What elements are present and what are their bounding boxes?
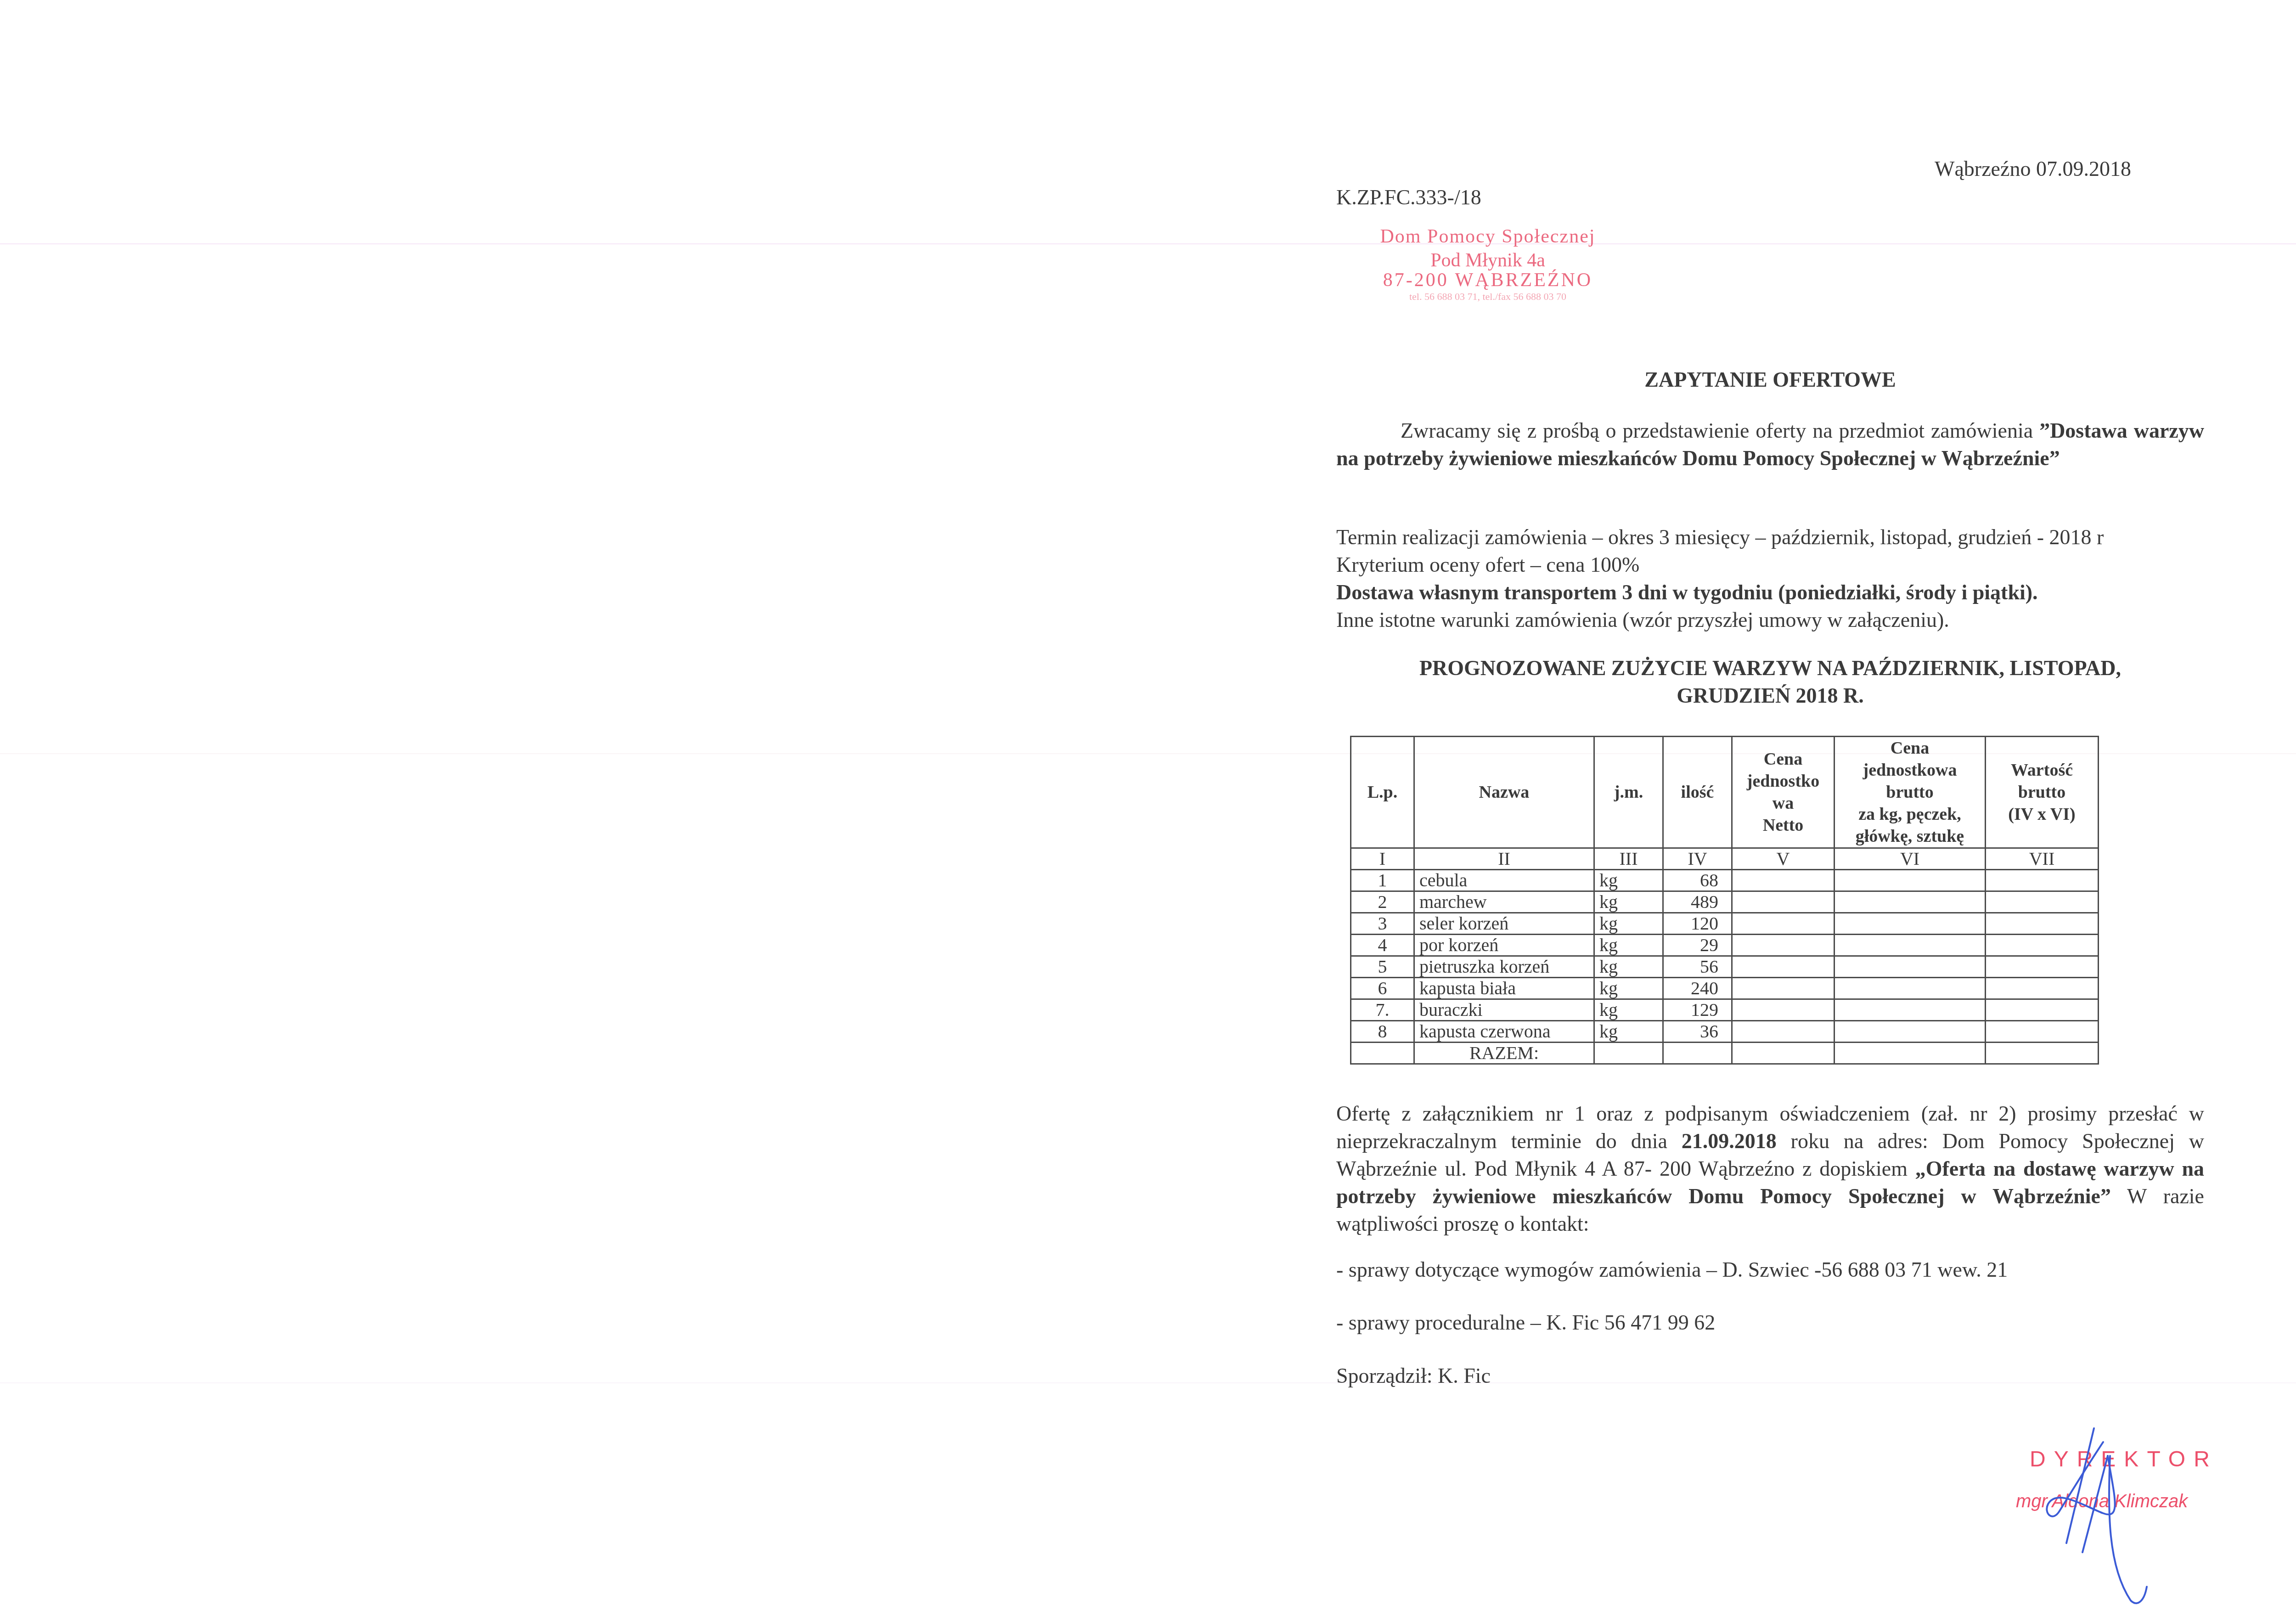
total-cell bbox=[1594, 1043, 1663, 1064]
institution-stamp: Dom Pomocy Społecznej Pod Młynik 4a 87-2… bbox=[1359, 225, 1616, 303]
column-header-line: jednostko bbox=[1737, 770, 1829, 792]
column-header-line: (IV x VI) bbox=[1991, 803, 2093, 825]
cell-gross-value bbox=[1986, 1021, 2099, 1043]
total-label: RAZEM: bbox=[1414, 1043, 1594, 1064]
place-and-date: Wąbrzeźno 07.09.2018 bbox=[1935, 155, 2131, 183]
intro-paragraph: Zwracamy się z prośbą o przedstawienie o… bbox=[1336, 417, 2204, 472]
term-line: Dostawa własnym transportem 3 dni w tygo… bbox=[1336, 579, 2204, 606]
cell-qty: 129 bbox=[1663, 999, 1732, 1021]
cell-net-price bbox=[1732, 935, 1835, 956]
stamp-line-name: Dom Pomocy Społecznej bbox=[1359, 225, 1616, 248]
cell-qty: 29 bbox=[1663, 935, 1732, 956]
column-header-line: za kg, pęczek, bbox=[1840, 803, 1980, 825]
cell-name: buraczki bbox=[1414, 999, 1594, 1021]
document-title: ZAPYTANIE OFERTOWE bbox=[1336, 367, 2204, 392]
column-header-line: jednostkowa bbox=[1840, 759, 1980, 781]
table-row: 4por korzeńkg29 bbox=[1351, 935, 2099, 956]
table-row: 7.buraczkikg129 bbox=[1351, 999, 2099, 1021]
column-header: L.p. bbox=[1351, 737, 1414, 848]
cell-name: kapusta biała bbox=[1414, 978, 1594, 999]
term-line: Kryterium oceny ofert – cena 100% bbox=[1336, 551, 2204, 579]
table-title: PROGNOZOWANE ZUŻYCIE WARZYW NA PAŹDZIERN… bbox=[1336, 654, 2204, 710]
cell-lp: 5 bbox=[1351, 956, 1414, 978]
column-header-line: j.m. bbox=[1599, 781, 1658, 803]
column-number: VII bbox=[1986, 848, 2099, 870]
table-title-line-1: PROGNOZOWANE ZUŻYCIE WARZYW NA PAŹDZIERN… bbox=[1336, 654, 2204, 682]
cell-gross-value bbox=[1986, 913, 2099, 935]
cell-unit: kg bbox=[1594, 956, 1663, 978]
contact-requirements: - sprawy dotyczące wymogów zamówienia – … bbox=[1336, 1256, 2008, 1284]
cell-net-price bbox=[1732, 978, 1835, 999]
cell-gross-price bbox=[1835, 1021, 1986, 1043]
cell-name: kapusta czerwona bbox=[1414, 1021, 1594, 1043]
cell-net-price bbox=[1732, 1021, 1835, 1043]
cell-net-price bbox=[1732, 956, 1835, 978]
column-header-line: brutto bbox=[1991, 781, 2093, 803]
table-row: 3seler korzeńkg120 bbox=[1351, 913, 2099, 935]
total-cell bbox=[1351, 1043, 1414, 1064]
column-header-line: główkę, sztukę bbox=[1840, 825, 1980, 847]
total-row: RAZEM: bbox=[1351, 1043, 2099, 1064]
column-header-line: ilość bbox=[1668, 781, 1727, 803]
total-cell bbox=[1986, 1043, 2099, 1064]
cell-lp: 2 bbox=[1351, 891, 1414, 913]
cell-gross-price bbox=[1835, 999, 1986, 1021]
handwritten-signature-icon bbox=[2039, 1419, 2158, 1612]
total-cell bbox=[1663, 1043, 1732, 1064]
cell-lp: 7. bbox=[1351, 999, 1414, 1021]
cell-gross-value bbox=[1986, 978, 2099, 999]
cell-lp: 8 bbox=[1351, 1021, 1414, 1043]
cell-lp: 6 bbox=[1351, 978, 1414, 999]
cell-unit: kg bbox=[1594, 978, 1663, 999]
cell-qty: 120 bbox=[1663, 913, 1732, 935]
table-row: 1cebulakg68 bbox=[1351, 870, 2099, 891]
cell-name: marchew bbox=[1414, 891, 1594, 913]
total-cell bbox=[1732, 1043, 1835, 1064]
order-terms: Termin realizacji zamówienia – okres 3 m… bbox=[1336, 524, 2204, 634]
cell-gross-value bbox=[1986, 999, 2099, 1021]
scan-artifact bbox=[0, 243, 2296, 244]
cell-unit: kg bbox=[1594, 870, 1663, 891]
cell-lp: 3 bbox=[1351, 913, 1414, 935]
cell-gross-price bbox=[1835, 978, 1986, 999]
cell-gross-price bbox=[1835, 891, 1986, 913]
vegetable-consumption-table: L.p.Nazwaj.m.ilośćCenajednostkowaNettoCe… bbox=[1350, 736, 2099, 1065]
column-header: j.m. bbox=[1594, 737, 1663, 848]
submission-paragraph: Ofertę z załącznikiem nr 1 oraz z podpis… bbox=[1336, 1100, 2204, 1238]
column-number: IV bbox=[1663, 848, 1732, 870]
column-number-row: IIIIIIIVVVIVII bbox=[1351, 848, 2099, 870]
intro-text: Zwracamy się z prośbą o przedstawienie o… bbox=[1401, 419, 2033, 442]
cell-qty: 240 bbox=[1663, 978, 1732, 999]
cell-unit: kg bbox=[1594, 1021, 1663, 1043]
cell-unit: kg bbox=[1594, 891, 1663, 913]
table-row: 5pietruszka korzeńkg56 bbox=[1351, 956, 2099, 978]
column-header: CenajednostkowaNetto bbox=[1732, 737, 1835, 848]
cell-qty: 36 bbox=[1663, 1021, 1732, 1043]
cell-gross-value bbox=[1986, 956, 2099, 978]
cell-qty: 68 bbox=[1663, 870, 1732, 891]
table-title-line-2: GRUDZIEŃ 2018 R. bbox=[1336, 682, 2204, 710]
cell-gross-value bbox=[1986, 935, 2099, 956]
column-header-line: Wartość bbox=[1991, 759, 2093, 781]
cell-gross-value bbox=[1986, 891, 2099, 913]
column-header-line: Cena bbox=[1840, 737, 1980, 759]
column-header-line: brutto bbox=[1840, 781, 1980, 803]
column-number: I bbox=[1351, 848, 1414, 870]
column-header: Cenajednostkowabruttoza kg, pęczek,główk… bbox=[1835, 737, 1986, 848]
stamp-line-phone: tel. 56 688 03 71, tel./fax 56 688 03 70 bbox=[1359, 290, 1616, 303]
cell-unit: kg bbox=[1594, 913, 1663, 935]
term-line: Termin realizacji zamówienia – okres 3 m… bbox=[1336, 524, 2204, 551]
cell-lp: 1 bbox=[1351, 870, 1414, 891]
cell-gross-price bbox=[1835, 913, 1986, 935]
cell-net-price bbox=[1732, 999, 1835, 1021]
reference-number: K.ZP.FC.333-/18 bbox=[1336, 184, 1481, 211]
cell-qty: 56 bbox=[1663, 956, 1732, 978]
cell-name: por korzeń bbox=[1414, 935, 1594, 956]
column-number: II bbox=[1414, 848, 1594, 870]
submission-deadline: 21.09.2018 bbox=[1682, 1129, 1777, 1153]
cell-net-price bbox=[1732, 913, 1835, 935]
column-header: Wartośćbrutto(IV x VI) bbox=[1986, 737, 2099, 848]
column-number: VI bbox=[1835, 848, 1986, 870]
column-number: III bbox=[1594, 848, 1663, 870]
cell-net-price bbox=[1732, 870, 1835, 891]
cell-name: cebula bbox=[1414, 870, 1594, 891]
column-header-line: L.p. bbox=[1356, 781, 1409, 803]
prepared-by: Sporządził: K. Fic bbox=[1336, 1362, 1491, 1390]
cell-gross-price bbox=[1835, 935, 1986, 956]
cell-unit: kg bbox=[1594, 935, 1663, 956]
cell-lp: 4 bbox=[1351, 935, 1414, 956]
stamp-line-city: 87-200 WĄBRZEŹNO bbox=[1359, 270, 1616, 290]
cell-net-price bbox=[1732, 891, 1835, 913]
cell-unit: kg bbox=[1594, 999, 1663, 1021]
table-row: 6kapusta białakg240 bbox=[1351, 978, 2099, 999]
cell-qty: 489 bbox=[1663, 891, 1732, 913]
cell-name: pietruszka korzeń bbox=[1414, 956, 1594, 978]
term-line: Inne istotne warunki zamówienia (wzór pr… bbox=[1336, 606, 2204, 634]
column-header-line: Netto bbox=[1737, 814, 1829, 836]
column-header-line: Cena bbox=[1737, 748, 1829, 770]
table-header-row: L.p.Nazwaj.m.ilośćCenajednostkowaNettoCe… bbox=[1351, 737, 2099, 848]
cell-gross-price bbox=[1835, 870, 1986, 891]
table-row: 2marchewkg489 bbox=[1351, 891, 2099, 913]
table-row: 8kapusta czerwonakg36 bbox=[1351, 1021, 2099, 1043]
contact-procedural: - sprawy proceduralne – K. Fic 56 471 99… bbox=[1336, 1309, 1715, 1336]
cell-gross-value bbox=[1986, 870, 2099, 891]
column-number: V bbox=[1732, 848, 1835, 870]
column-header-line: Nazwa bbox=[1419, 781, 1589, 803]
scan-artifact bbox=[0, 1382, 2296, 1383]
column-header: Nazwa bbox=[1414, 737, 1594, 848]
column-header-line: wa bbox=[1737, 792, 1829, 814]
stamp-line-street: Pod Młynik 4a bbox=[1359, 251, 1616, 270]
cell-gross-price bbox=[1835, 956, 1986, 978]
cell-name: seler korzeń bbox=[1414, 913, 1594, 935]
total-cell bbox=[1835, 1043, 1986, 1064]
column-header: ilość bbox=[1663, 737, 1732, 848]
